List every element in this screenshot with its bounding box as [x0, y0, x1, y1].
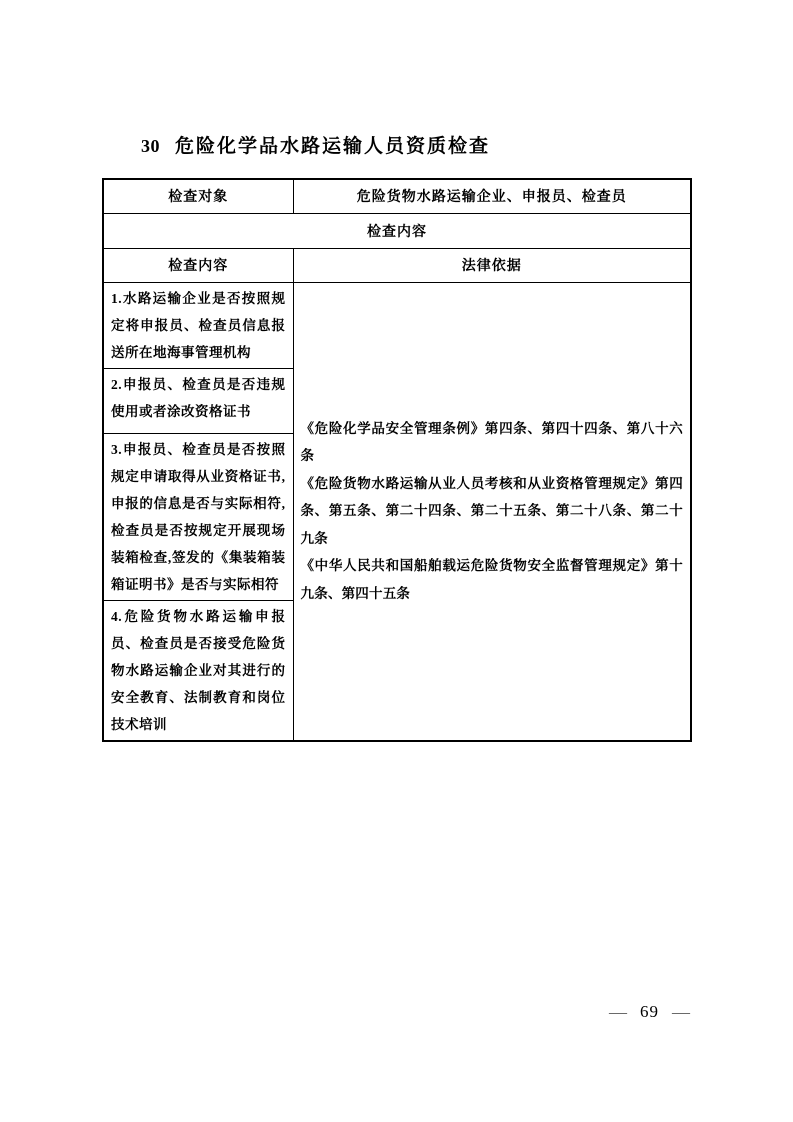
legal-reference-2: 《危险货物水路运输从业人员考核和从业资格管理规定》第四条、第五条、第二十四条、第…: [301, 470, 684, 553]
document-page: 30 危险化学品水路运输人员资质检查 检查对象 危险货物水路运输企业、申报员、检…: [0, 0, 793, 1122]
section-number: 30: [141, 136, 160, 157]
check-content-banner-cell: 检查内容: [103, 213, 691, 248]
footer-dash-left: —: [609, 1003, 627, 1021]
page-title: 30 危险化学品水路运输人员资质检查: [141, 131, 490, 158]
check-object-label-cell: 检查对象: [103, 179, 293, 213]
section-title: 危险化学品水路运输人员资质检查: [175, 131, 490, 158]
check-item-3-cell: 3.申报员、检查员是否按照规定申请取得从业资格证书,申报的信息是否与实际相符,检…: [103, 433, 293, 600]
check-item-1-cell: 1.水路运输企业是否按照规定将申报员、检查员信息报送所在地海事管理机构: [103, 282, 293, 368]
row-check-object: 检查对象 危险货物水路运输企业、申报员、检查员: [103, 179, 691, 213]
legal-reference-1: 《危险化学品安全管理条例》第四条、第四十四条、第八十六条: [301, 415, 684, 470]
row-check-content-banner: 检查内容: [103, 213, 691, 248]
page-footer: — 69 —: [609, 1002, 690, 1022]
legal-basis-header-cell: 法律依据: [293, 248, 691, 282]
legal-reference-3: 《中华人民共和国船舶载运危险货物安全监督管理规定》第十九条、第四十五条: [301, 552, 684, 607]
row-check-item-1: 1.水路运输企业是否按照规定将申报员、检查员信息报送所在地海事管理机构 《危险化…: [103, 282, 691, 368]
check-item-4-cell: 4.危险货物水路运输申报员、检查员是否接受危险货物水路运输企业对其进行的安全教育…: [103, 600, 293, 741]
legal-basis-cell: 《危险化学品安全管理条例》第四条、第四十四条、第八十六条 《危险货物水路运输从业…: [293, 282, 691, 741]
footer-dash-right: —: [672, 1003, 690, 1021]
row-column-headers: 检查内容 法律依据: [103, 248, 691, 282]
check-object-value-cell: 危险货物水路运输企业、申报员、检查员: [293, 179, 691, 213]
check-item-2-cell: 2.申报员、检查员是否违规使用或者涂改资格证书: [103, 368, 293, 433]
check-content-header-cell: 检查内容: [103, 248, 293, 282]
page-number: 69: [640, 1002, 659, 1022]
inspection-table: 检查对象 危险货物水路运输企业、申报员、检查员 检查内容 检查内容 法律依据 1…: [102, 178, 692, 742]
